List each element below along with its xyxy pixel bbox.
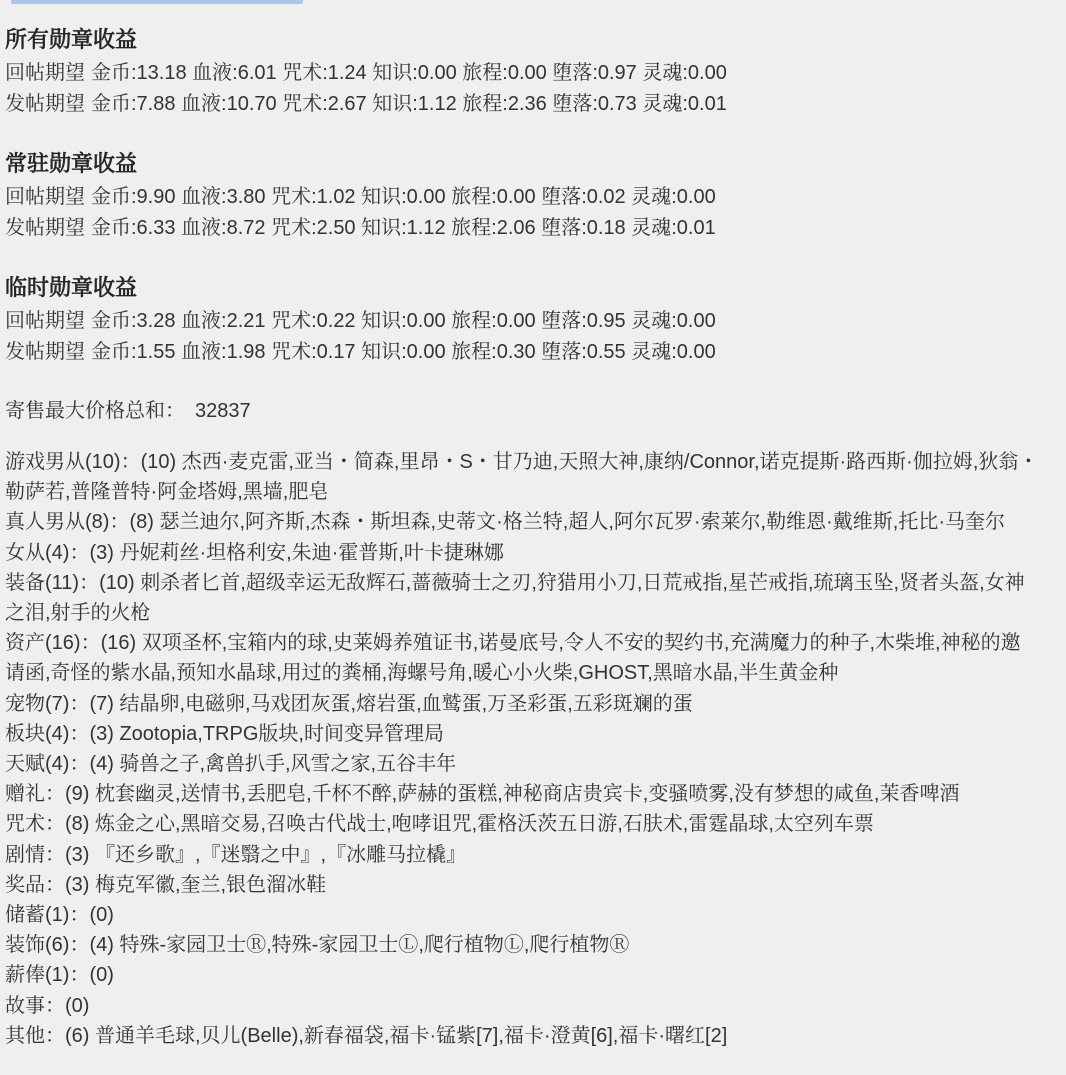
stat-values: 金币:3.28 血液:2.21 咒术:0.22 知识:0.00 旅程:0.00 … bbox=[91, 310, 716, 332]
category-line-game-male: 游戏男从(10)：(10) 杰西·麦克雷,亚当・简森,里昂・S・甘乃迪,天照大神… bbox=[5, 447, 1040, 507]
section-temporary-medals: 临时勋章收益 回帖期望金币:3.28 血液:2.21 咒术:0.22 知识:0.… bbox=[5, 272, 1040, 368]
section-title: 所有勋章收益 bbox=[5, 24, 1040, 55]
reply-expectation-line: 回帖期望金币:3.28 血液:2.21 咒术:0.22 知识:0.00 旅程:0… bbox=[5, 306, 1040, 337]
section-all-medals: 所有勋章收益 回帖期望金币:13.18 血液:6.01 咒术:1.24 知识:0… bbox=[5, 24, 1040, 120]
stat-values: 金币:6.33 血液:8.72 咒术:2.50 知识:1.12 旅程:2.06 … bbox=[91, 217, 716, 239]
section-title: 临时勋章收益 bbox=[5, 272, 1040, 303]
reply-expectation-line: 回帖期望金币:13.18 血液:6.01 咒术:1.24 知识:0.00 旅程:… bbox=[5, 58, 1040, 89]
stat-label: 发帖期望 bbox=[5, 217, 85, 239]
stat-label: 回帖期望 bbox=[5, 310, 85, 332]
post-expectation-line: 发帖期望金币:1.55 血液:1.98 咒术:0.17 知识:0.00 旅程:0… bbox=[5, 337, 1040, 368]
stat-values: 金币:9.90 血液:3.80 咒术:1.02 知识:0.00 旅程:0.00 … bbox=[91, 186, 716, 208]
category-line-spells: 咒术：(8) 炼金之心,黑暗交易,召唤古代战士,咆哮诅咒,霍格沃茨五日游,石肤术… bbox=[5, 809, 1040, 839]
medal-earnings-report: 所有勋章收益 回帖期望金币:13.18 血液:6.01 咒术:1.24 知识:0… bbox=[0, 0, 1066, 1051]
stat-label: 回帖期望 bbox=[5, 62, 85, 84]
stat-values: 金币:13.18 血液:6.01 咒术:1.24 知识:0.00 旅程:0.00… bbox=[91, 62, 727, 84]
category-list: 游戏男从(10)：(10) 杰西·麦克雷,亚当・简森,里昂・S・甘乃迪,天照大神… bbox=[5, 447, 1040, 1051]
category-line-female: 女从(4)：(3) 丹妮莉丝·坦格利安,朱迪·霍普斯,叶卡捷琳娜 bbox=[5, 538, 1040, 568]
category-line-stories: 故事：(0) bbox=[5, 991, 1040, 1021]
stat-values: 金币:7.88 血液:10.70 咒术:2.67 知识:1.12 旅程:2.36… bbox=[91, 93, 727, 115]
top-highlight-bar bbox=[11, 0, 303, 4]
category-line-decorations: 装饰(6)：(4) 特殊-家园卫士Ⓡ,特殊-家园卫士Ⓛ,爬行植物Ⓛ,爬行植物Ⓡ bbox=[5, 930, 1040, 960]
category-line-assets: 资产(16)：(16) 双项圣杯,宝箱内的球,史莱姆养殖证书,诺曼底号,令人不安… bbox=[5, 628, 1040, 688]
category-line-real-male: 真人男从(8)：(8) 瑟兰迪尔,阿齐斯,杰森・斯坦森,史蒂文·格兰特,超人,阿… bbox=[5, 507, 1040, 537]
section-title: 常驻勋章收益 bbox=[5, 148, 1040, 179]
stat-label: 发帖期望 bbox=[5, 341, 85, 363]
post-expectation-line: 发帖期望金币:7.88 血液:10.70 咒术:2.67 知识:1.12 旅程:… bbox=[5, 89, 1040, 120]
category-line-talents: 天赋(4)：(4) 骑兽之子,禽兽扒手,风雪之家,五谷丰年 bbox=[5, 749, 1040, 779]
consignment-label: 寄售最大价格总和： bbox=[5, 400, 185, 422]
stat-label: 发帖期望 bbox=[5, 93, 85, 115]
stat-values: 金币:1.55 血液:1.98 咒术:0.17 知识:0.00 旅程:0.30 … bbox=[91, 341, 716, 363]
category-line-savings: 储蓄(1)：(0) bbox=[5, 900, 1040, 930]
category-line-others: 其他：(6) 普通羊毛球,贝儿(Belle),新春福袋,福卡·锰紫[7],福卡·… bbox=[5, 1021, 1040, 1051]
category-line-boards: 板块(4)：(3) Zootopia,TRPG版块,时间变异管理局 bbox=[5, 719, 1040, 749]
category-line-prizes: 奖品：(3) 梅克军徽,奎兰,银色溜冰鞋 bbox=[5, 870, 1040, 900]
stat-label: 回帖期望 bbox=[5, 186, 85, 208]
consignment-total-line: 寄售最大价格总和：32837 bbox=[5, 396, 1040, 427]
reply-expectation-line: 回帖期望金币:9.90 血液:3.80 咒术:1.02 知识:0.00 旅程:0… bbox=[5, 182, 1040, 213]
category-line-gifts: 赠礼：(9) 枕套幽灵,送情书,丢肥皂,千杯不醉,萨赫的蛋糕,神秘商店贵宾卡,变… bbox=[5, 779, 1040, 809]
consignment-value: 32837 bbox=[195, 400, 251, 422]
category-line-plots: 剧情：(3) 『还乡歌』,『迷翳之中』,『冰雕马拉橇』 bbox=[5, 840, 1040, 870]
category-line-salary: 薪俸(1)：(0) bbox=[5, 960, 1040, 990]
category-line-pets: 宠物(7)：(7) 结晶卵,电磁卵,马戏团灰蛋,熔岩蛋,血鹫蛋,万圣彩蛋,五彩斑… bbox=[5, 689, 1040, 719]
section-permanent-medals: 常驻勋章收益 回帖期望金币:9.90 血液:3.80 咒术:1.02 知识:0.… bbox=[5, 148, 1040, 244]
category-line-equipment: 装备(11)：(10) 刺杀者匕首,超级幸运无敌辉石,蔷薇骑士之刃,狩猎用小刀,… bbox=[5, 568, 1040, 628]
post-expectation-line: 发帖期望金币:6.33 血液:8.72 咒术:2.50 知识:1.12 旅程:2… bbox=[5, 213, 1040, 244]
